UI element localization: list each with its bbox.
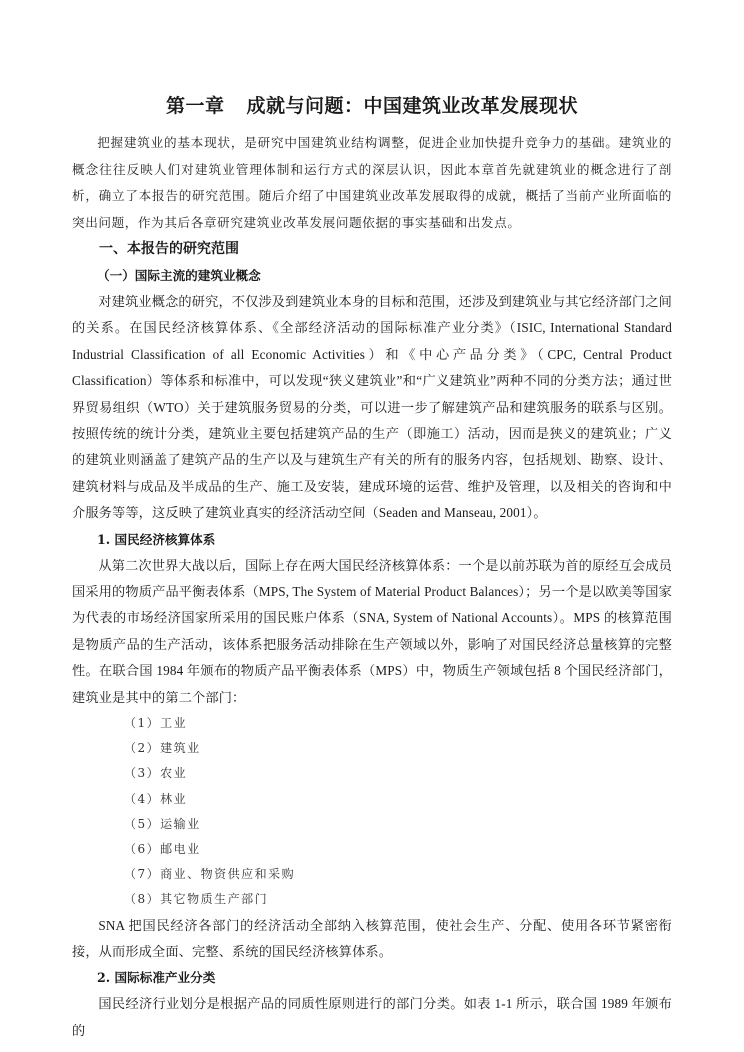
chapter-number: 第一章 [166, 95, 225, 117]
paragraph-industry-classification: 国民经济行业划分是根据产品的同质性原则进行的部门分类。如表 1-1 所示，联合国… [72, 991, 672, 1044]
list-item: （1）工业 [72, 711, 672, 736]
subsection-heading-intl-concept: （一）国际主流的建筑业概念 [72, 263, 672, 289]
list-item: （4）林业 [72, 787, 672, 812]
list-item: （5）运输业 [72, 812, 672, 837]
document-page: 第一章成就与问题：中国建筑业改革发展现状 把握建筑业的基本现状，是研究中国建筑业… [72, 92, 672, 1044]
paragraph-sna: SNA 把国民经济各部门的经济活动全部纳入核算范围，使社会生产、分配、使用各环节… [72, 913, 672, 966]
paragraph-accounting-systems: 从第二次世界大战以后，国际上存在两大国民经济核算体系：一个是以前苏联为首的原经互… [72, 553, 672, 711]
paragraph-construction-concept: 对建筑业概念的研究，不仅涉及到建筑业本身的目标和范围，还涉及到建筑业与其它经济部… [72, 289, 672, 527]
section-heading-research-scope: 一、本报告的研究范围 [72, 236, 672, 263]
list-item: （2）建筑业 [72, 736, 672, 761]
chapter-title-text: 成就与问题：中国建筑业改革发展现状 [247, 95, 579, 117]
list-item: （7）商业、物资供应和采购 [72, 862, 672, 887]
list-item: （6）邮电业 [72, 837, 672, 862]
sector-list: （1）工业 （2）建筑业 （3）农业 （4）林业 （5）运输业 （6）邮电业 （… [72, 711, 672, 913]
list-item: （3）农业 [72, 761, 672, 786]
list-item: （8）其它物质生产部门 [72, 887, 672, 912]
chapter-abstract: 把握建筑业的基本现状，是研究中国建筑业结构调整，促进企业加快提升竞争力的基础。建… [72, 130, 672, 236]
chapter-title: 第一章成就与问题：中国建筑业改革发展现状 [72, 92, 672, 120]
item-heading-isic: 2. 国际标准产业分类 [72, 965, 672, 991]
item-heading-national-accounts: 1. 国民经济核算体系 [72, 527, 672, 553]
